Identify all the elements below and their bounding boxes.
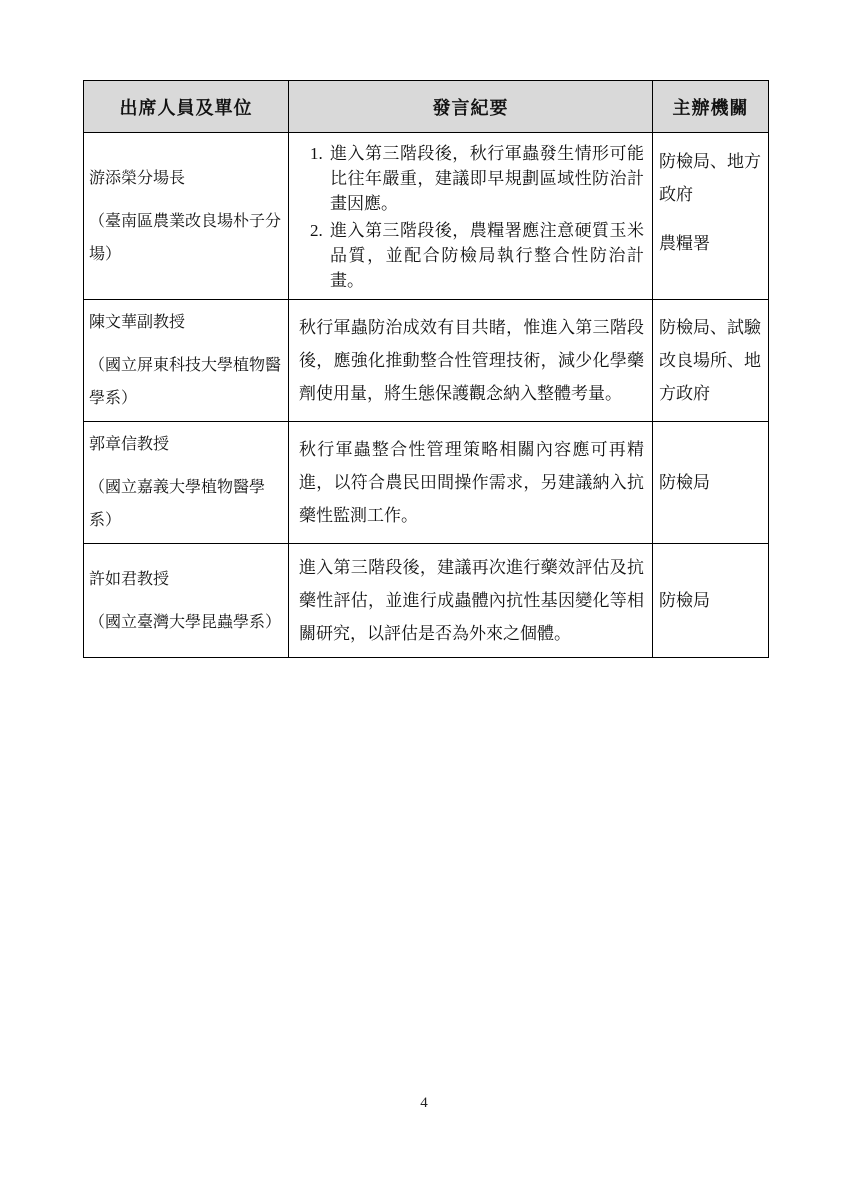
attendee-org: （國立屏東科技大學植物醫學系） [89,349,285,415]
remarks-cell: 進入第三階段後，建議再次進行藥效評估及抗藥性評估，並進行成蟲體內抗性基因變化等相… [289,544,653,658]
meeting-minutes-table: 出席人員及單位 發言紀要 主辦機關 游添榮分場長 （臺南區農業改良場朴子分場） … [83,80,769,658]
attendee-cell: 郭章信教授 （國立嘉義大學植物醫學系） [84,422,289,544]
agency-cell: 防檢局 [653,544,769,658]
agency-entry: 防檢局、地方政府 [659,145,766,211]
header-attendees: 出席人員及單位 [84,81,289,133]
attendee-org: （國立嘉義大學植物醫學系） [89,471,285,537]
header-row: 出席人員及單位 發言紀要 主辦機關 [84,81,769,133]
remark-item: 進入第三階段後，農糧署應注意硬質玉米品質，並配合防檢局執行整合性防治計畫。 [327,218,644,293]
agency-entry: 防檢局 [659,466,766,499]
attendee-org: （國立臺灣大學昆蟲學系） [89,606,285,639]
remarks-cell: 秋行軍蟲整合性管理策略相關內容應可再精進，以符合農民田間操作需求，另建議納入抗藥… [289,422,653,544]
remark-text: 秋行軍蟲整合性管理策略相關內容應可再精進，以符合農民田間操作需求，另建議納入抗藥… [299,433,644,532]
remarks-cell: 進入第三階段後，秋行軍蟲發生情形可能比往年嚴重，建議即早規劃區域性防治計畫因應。… [289,133,653,300]
header-agency: 主辦機關 [653,81,769,133]
attendee-name: 陳文華副教授 [89,306,285,339]
attendee-cell: 游添榮分場長 （臺南區農業改良場朴子分場） [84,133,289,300]
table-row: 游添榮分場長 （臺南區農業改良場朴子分場） 進入第三階段後，秋行軍蟲發生情形可能… [84,133,769,300]
agency-entry: 防檢局 [659,584,766,617]
table-row: 許如君教授 （國立臺灣大學昆蟲學系） 進入第三階段後，建議再次進行藥效評估及抗藥… [84,544,769,658]
attendee-cell: 許如君教授 （國立臺灣大學昆蟲學系） [84,544,289,658]
document-page: 出席人員及單位 發言紀要 主辦機關 游添榮分場長 （臺南區農業改良場朴子分場） … [0,0,848,1200]
table-row: 陳文華副教授 （國立屏東科技大學植物醫學系） 秋行軍蟲防治成效有目共睹，惟進入第… [84,300,769,422]
attendee-org: （臺南區農業改良場朴子分場） [89,205,285,271]
remark-item: 進入第三階段後，秋行軍蟲發生情形可能比往年嚴重，建議即早規劃區域性防治計畫因應。 [327,141,644,216]
attendee-name: 郭章信教授 [89,428,285,461]
remarks-cell: 秋行軍蟲防治成效有目共睹，惟進入第三階段後，應強化推動整合性管理技術，減少化學藥… [289,300,653,422]
agency-entry: 防檢局、試驗改良場所、地方政府 [659,311,766,410]
agency-cell: 防檢局、地方政府 農糧署 [653,133,769,300]
agency-cell: 防檢局 [653,422,769,544]
attendee-name: 許如君教授 [89,563,285,596]
agency-cell: 防檢局、試驗改良場所、地方政府 [653,300,769,422]
remark-text: 進入第三階段後，建議再次進行藥效評估及抗藥性評估，並進行成蟲體內抗性基因變化等相… [299,551,644,650]
table-row: 郭章信教授 （國立嘉義大學植物醫學系） 秋行軍蟲整合性管理策略相關內容應可再精進… [84,422,769,544]
attendee-name: 游添榮分場長 [89,162,285,195]
remarks-ordered-list: 進入第三階段後，秋行軍蟲發生情形可能比往年嚴重，建議即早規劃區域性防治計畫因應。… [299,141,644,293]
header-remarks: 發言紀要 [289,81,653,133]
attendee-cell: 陳文華副教授 （國立屏東科技大學植物醫學系） [84,300,289,422]
page-number: 4 [0,1095,848,1112]
agency-entry: 農糧署 [659,227,766,260]
remark-text: 秋行軍蟲防治成效有目共睹，惟進入第三階段後，應強化推動整合性管理技術，減少化學藥… [299,311,644,410]
